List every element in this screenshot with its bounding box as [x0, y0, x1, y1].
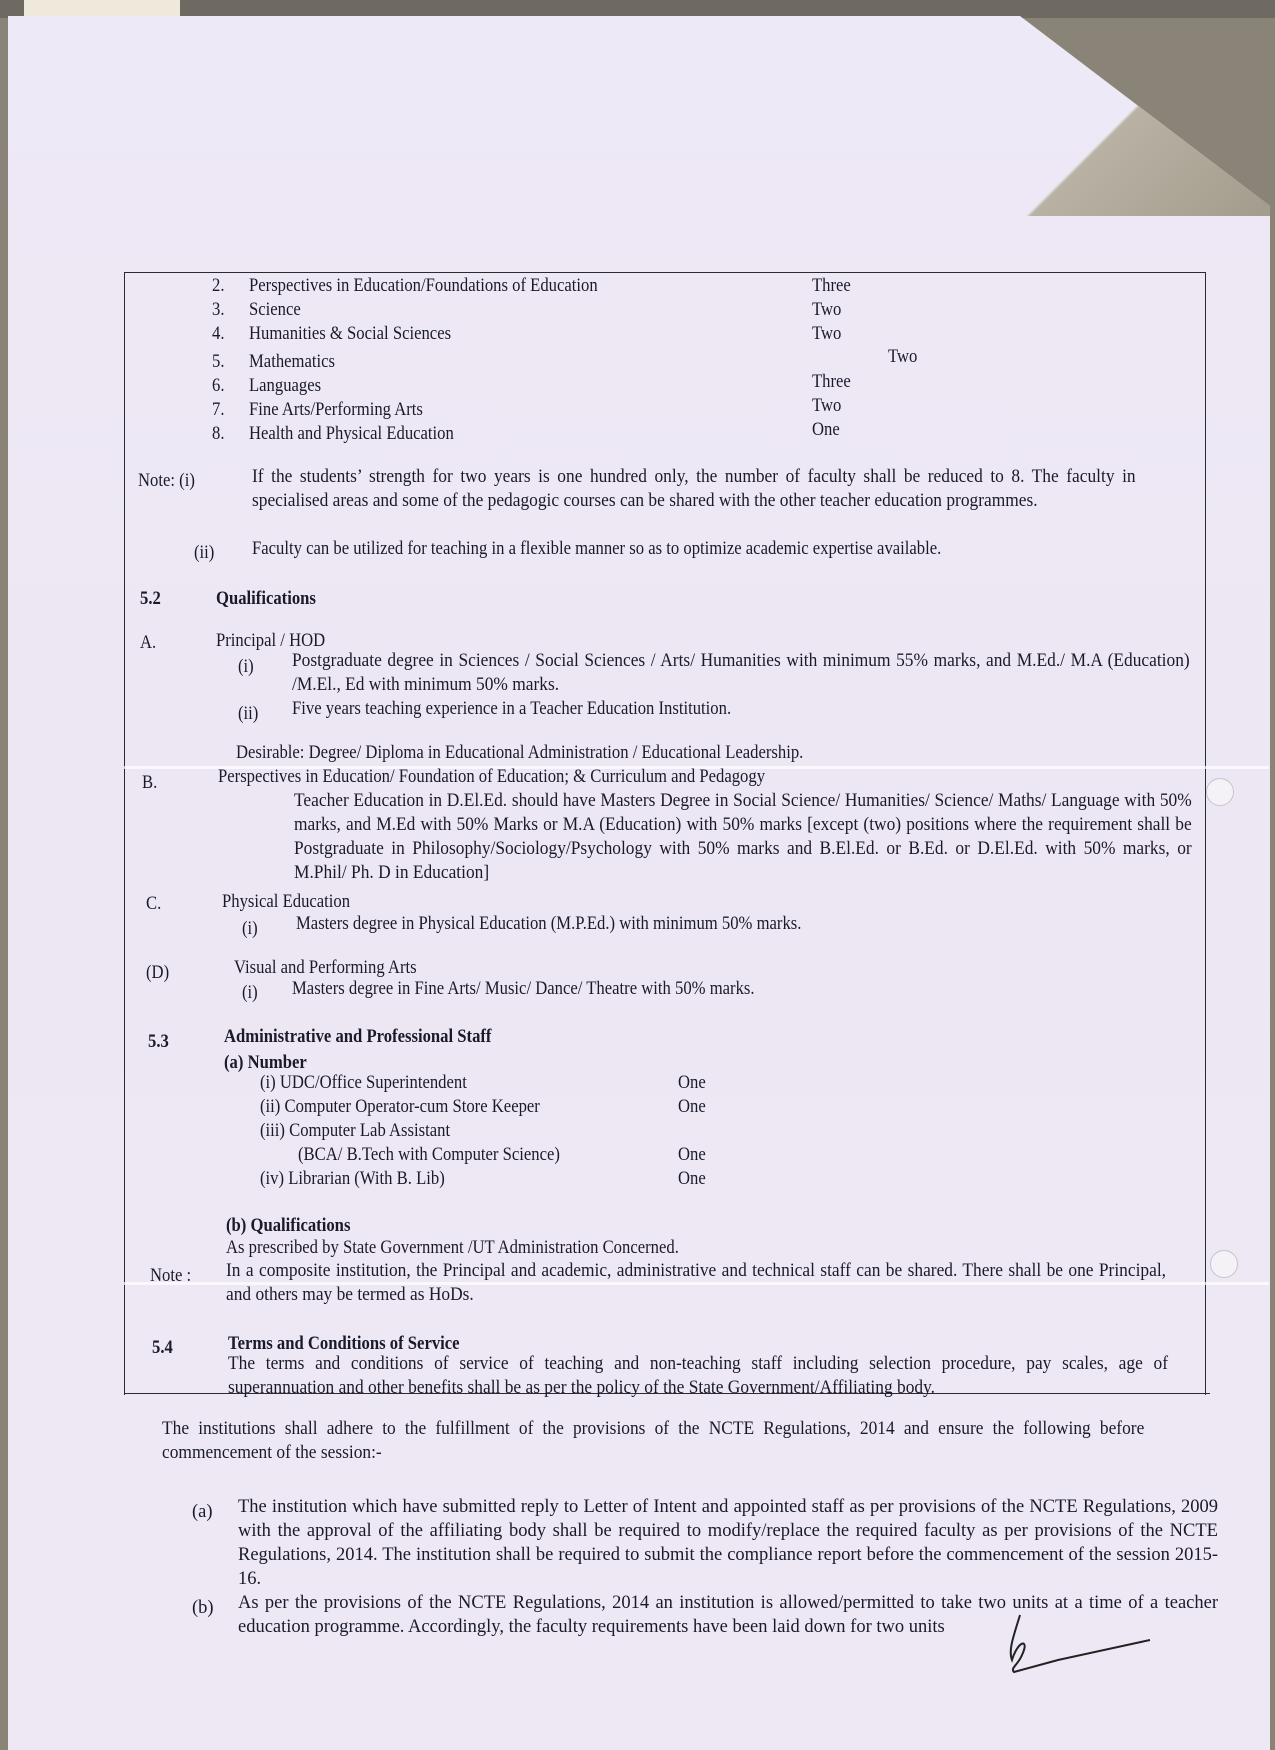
section-title: Administrative and Professional Staff [224, 1026, 491, 1048]
service-terms-text: The terms and conditions of service of t… [228, 1352, 1168, 1400]
section-number: 5.2 [140, 588, 161, 610]
row-count: Two [812, 299, 841, 321]
row-num: 3. [212, 299, 224, 321]
row-num: 6. [212, 375, 224, 397]
compliance-item-a: The institution which have submitted rep… [238, 1495, 1218, 1591]
row-num: 8. [212, 423, 224, 445]
signature [1000, 1610, 1160, 1680]
staff-count: One [678, 1144, 706, 1166]
physical-ed-qualification: Masters degree in Physical Education (M.… [296, 913, 801, 935]
section-number: 5.4 [152, 1337, 173, 1359]
list-label: (a) [192, 1501, 213, 1523]
row-count: Three [812, 371, 851, 393]
note-label-ii: (ii) [194, 542, 214, 564]
staff-count: One [678, 1168, 706, 1190]
row-num: 2. [212, 275, 224, 297]
note-text-i: If the students’ strength for two years … [252, 465, 1136, 513]
staff-role: (ii) Computer Operator-cum Store Keeper [260, 1096, 540, 1118]
row-num: 5. [212, 351, 224, 373]
row-subject: Science [249, 299, 301, 321]
punch-hole [1210, 1250, 1238, 1278]
item-label: B. [142, 772, 157, 794]
staff-role: (i) UDC/Office Superintendent [260, 1072, 467, 1094]
principal-experience: Five years teaching experience in a Teac… [292, 698, 731, 720]
row-subject: Health and Physical Education [249, 423, 454, 445]
section-title: Qualifications [216, 588, 316, 610]
row-subject: Humanities & Social Sciences [249, 323, 451, 345]
item-title: Physical Education [222, 891, 350, 913]
row-count: Three [812, 275, 851, 297]
perspectives-qualification: Teacher Education in D.El.Ed. should hav… [294, 789, 1192, 885]
subsection-title: (a) Number [224, 1052, 307, 1074]
scan-background [0, 0, 1275, 18]
folded-corner [1000, 16, 1270, 216]
staff-role: (iv) Librarian (With B. Lib) [260, 1168, 445, 1190]
item-label: A. [140, 632, 156, 654]
staff-count: One [678, 1096, 706, 1118]
row-count: Two [812, 323, 841, 345]
staff-qualification-text: As prescribed by State Government /UT Ad… [226, 1237, 679, 1259]
compliance-intro: The institutions shall adhere to the ful… [162, 1417, 1144, 1465]
row-num: 4. [212, 323, 224, 345]
item-title: Visual and Performing Arts [234, 957, 417, 979]
paper-tab [24, 0, 180, 18]
section-number: 5.3 [148, 1031, 169, 1053]
row-subject: Mathematics [249, 351, 335, 373]
staff-count: One [678, 1072, 706, 1094]
staff-role: (BCA/ B.Tech with Computer Science) [298, 1144, 560, 1166]
item-label: (D) [146, 962, 169, 984]
row-subject: Perspectives in Education/Foundations of… [249, 275, 598, 297]
row-subject: Fine Arts/Performing Arts [249, 399, 423, 421]
item-label: C. [146, 893, 161, 915]
subsection-title: (b) Qualifications [226, 1215, 350, 1237]
row-subject: Languages [249, 375, 321, 397]
principal-qualification: Postgraduate degree in Sciences / Social… [292, 649, 1190, 697]
staff-role: (iii) Computer Lab Assistant [260, 1120, 450, 1142]
row-count: Two [888, 346, 917, 368]
row-count: One [812, 419, 840, 441]
sub-label: (i) [242, 982, 258, 1004]
list-label: (b) [192, 1597, 214, 1619]
note-label-i: Note: (i) [138, 470, 195, 492]
row-count: Two [812, 395, 841, 417]
sub-label: (i) [242, 918, 258, 940]
row-num: 7. [212, 399, 224, 421]
sub-label: (i) [238, 656, 254, 678]
sub-label: (ii) [238, 703, 258, 725]
note-text-ii: Faculty can be utilized for teaching in … [252, 538, 941, 560]
arts-qualification: Masters degree in Fine Arts/ Music/ Danc… [292, 978, 755, 1000]
paper-fold [124, 1282, 1269, 1285]
item-title: Perspectives in Education/ Foundation of… [218, 766, 765, 788]
desirable-text: Desirable: Degree/ Diploma in Educationa… [236, 742, 803, 764]
punch-hole [1206, 778, 1234, 806]
